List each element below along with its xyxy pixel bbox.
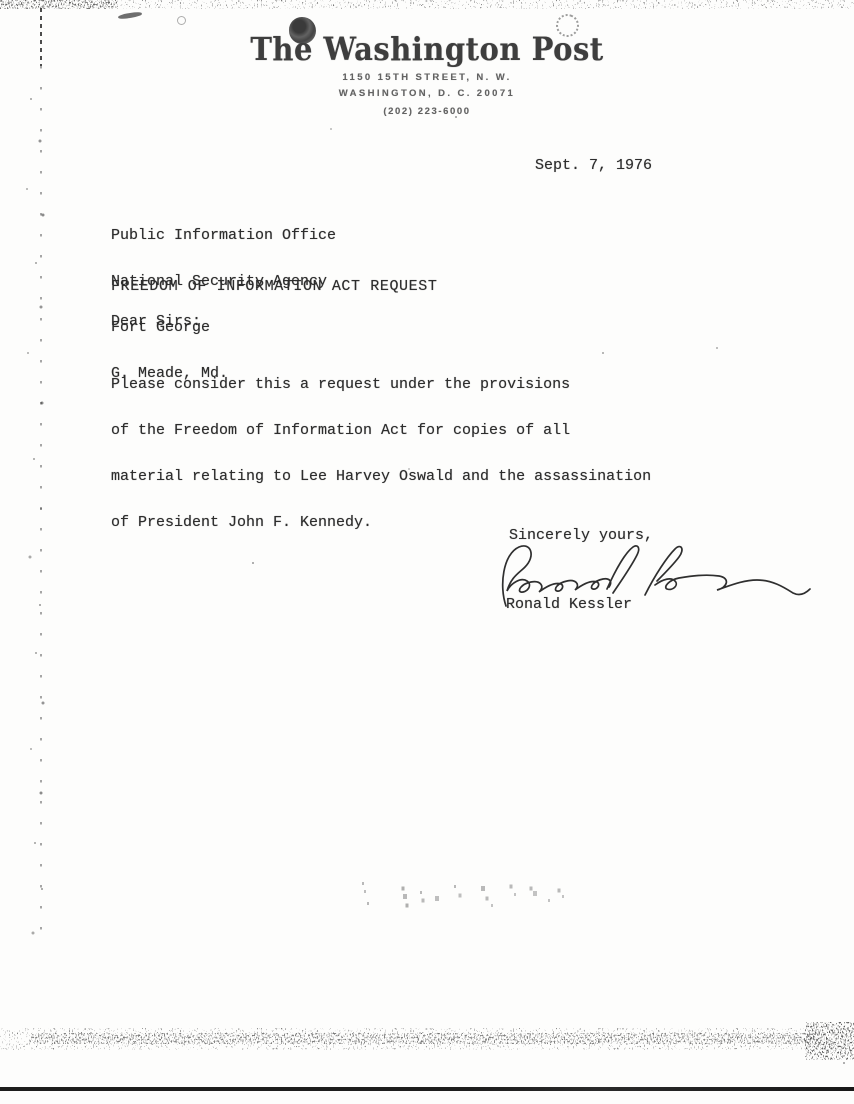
recipient-line: Public Information Office xyxy=(111,228,336,243)
scan-noise-bottom-dense xyxy=(30,1033,820,1044)
stray-speck xyxy=(252,562,254,564)
body-line: Please consider this a request under the… xyxy=(111,377,651,392)
body-line: of the Freedom of Information Act for co… xyxy=(111,423,651,438)
typed-signature-name: Ronald Kessler xyxy=(506,597,632,612)
scan-noise-top xyxy=(0,0,854,9)
left-margin-line-dense xyxy=(40,8,42,66)
masthead: The Washington Post 1150 15TH STREET, N.… xyxy=(227,32,627,117)
scanned-letter-page: The Washington Post 1150 15TH STREET, N.… xyxy=(0,0,854,1104)
small-circle-mark xyxy=(177,16,186,25)
stray-speck xyxy=(330,128,332,130)
scan-noise-top-left xyxy=(0,0,118,9)
scan-noise-bottom-clump xyxy=(805,1022,854,1060)
masthead-address-line1: 1150 15TH STREET, N. W. xyxy=(227,72,627,83)
subject-line: FREEDOM OF INFORMATION ACT REQUEST xyxy=(111,279,437,294)
stray-speck xyxy=(843,1062,845,1064)
stray-speck xyxy=(716,347,718,349)
left-margin-specks xyxy=(0,0,2,2)
bottom-scan-edge-line xyxy=(0,1087,854,1091)
letter-date: Sept. 7, 1976 xyxy=(535,158,652,173)
masthead-title: The Washington Post xyxy=(227,31,627,68)
masthead-address-line2: WASHINGTON, D. C. 20071 xyxy=(227,88,627,99)
smudge-mark xyxy=(118,11,142,20)
stray-speck xyxy=(455,116,457,118)
stray-speck xyxy=(408,468,410,470)
faint-stamp-marks xyxy=(362,882,364,885)
salutation: Dear Sirs: xyxy=(111,314,201,329)
body-line: material relating to Lee Harvey Oswald a… xyxy=(111,469,651,484)
masthead-phone: (202) 223-6000 xyxy=(227,106,627,117)
left-margin-line xyxy=(40,66,42,946)
stray-speck xyxy=(602,352,604,354)
